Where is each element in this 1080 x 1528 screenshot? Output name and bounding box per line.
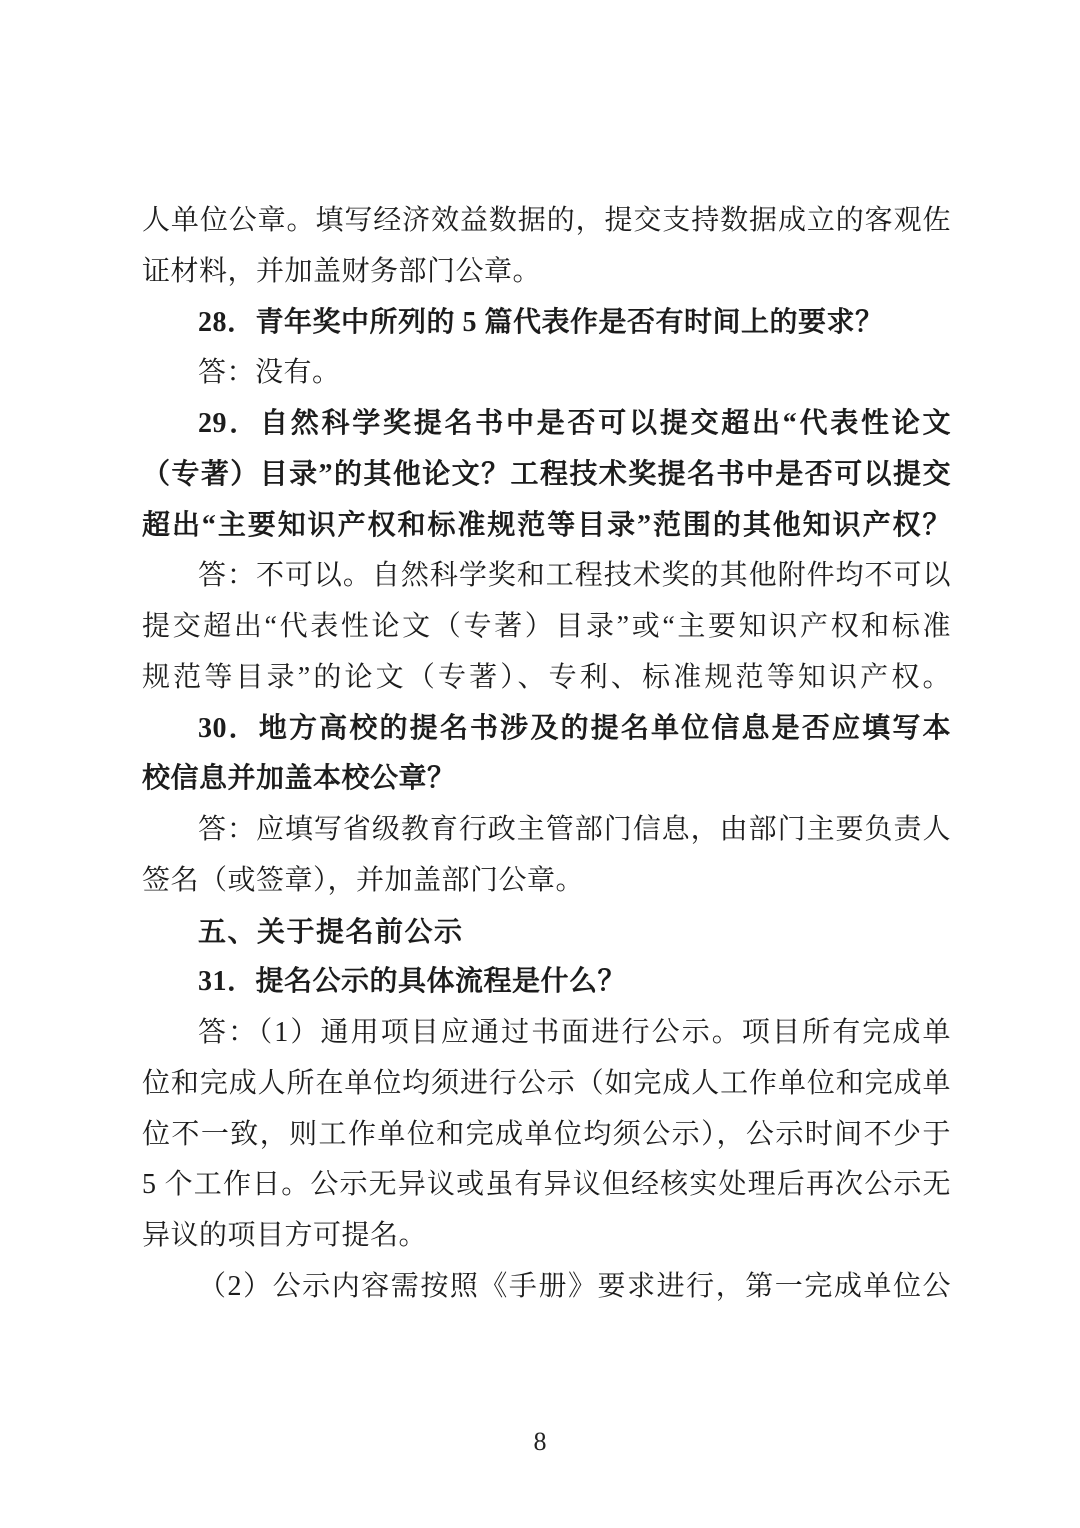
text-line: 规范等目录”的论文（专著）、专利、标准规范等知识产权。 <box>142 653 951 704</box>
text-line: 30．地方高校的提名书涉及的提名单位信息是否应填写本 <box>142 704 951 755</box>
block-section-heading: 五、关于提名前公示 <box>142 907 951 958</box>
text-line: 答：不可以。自然科学奖和工程技术奖的其他附件均不可以 <box>142 551 951 602</box>
block-answer: 答：不可以。自然科学奖和工程技术奖的其他附件均不可以提交超出“代表性论文（专著）… <box>142 551 951 703</box>
text-line: 28．青年奖中所列的 5 篇代表作是否有时间上的要求？ <box>142 298 951 349</box>
document-body: 人单位公章。填写经济效益数据的，提交支持数据成立的客观佐证材料，并加盖财务部门公… <box>142 196 951 1313</box>
text-line: 人单位公章。填写经济效益数据的，提交支持数据成立的客观佐 <box>142 196 951 247</box>
text-line: 位和完成人所在单位均须进行公示（如完成人工作单位和完成单 <box>142 1059 951 1110</box>
page-number: 8 <box>0 1422 1080 1462</box>
text-line: （专著）目录”的其他论文？工程技术奖提名书中是否可以提交 <box>142 450 951 501</box>
text-line: （2）公示内容需按照《手册》要求进行，第一完成单位公 <box>142 1262 951 1313</box>
block-paragraph: （2）公示内容需按照《手册》要求进行，第一完成单位公 <box>142 1262 951 1313</box>
block-question: 31．提名公示的具体流程是什么？ <box>142 957 951 1008</box>
block-answer: 答：应填写省级教育行政主管部门信息，由部门主要负责人签名（或签章），并加盖部门公… <box>142 805 951 907</box>
block-question: 28．青年奖中所列的 5 篇代表作是否有时间上的要求？ <box>142 298 951 349</box>
text-line: 位不一致，则工作单位和完成单位均须公示），公示时间不少于 <box>142 1110 951 1161</box>
text-line: 答：没有。 <box>142 348 951 399</box>
text-line: 超出“主要知识产权和标准规范等目录”范围的其他知识产权？ <box>142 501 951 552</box>
block-answer: 答：（1）通用项目应通过书面进行公示。项目所有完成单位和完成人所在单位均须进行公… <box>142 1008 951 1262</box>
text-line: 五、关于提名前公示 <box>142 907 951 958</box>
text-line: 31．提名公示的具体流程是什么？ <box>142 957 951 1008</box>
block-answer: 答：没有。 <box>142 348 951 399</box>
text-line: 5 个工作日。公示无异议或虽有异议但经核实处理后再次公示无 <box>142 1160 951 1211</box>
text-line: 签名（或签章），并加盖部门公章。 <box>142 856 951 907</box>
block-answer-continuation: 人单位公章。填写经济效益数据的，提交支持数据成立的客观佐证材料，并加盖财务部门公… <box>142 196 951 298</box>
text-line: 异议的项目方可提名。 <box>142 1211 951 1262</box>
text-line: 29．自然科学奖提名书中是否可以提交超出“代表性论文 <box>142 399 951 450</box>
text-line: 证材料，并加盖财务部门公章。 <box>142 247 951 298</box>
text-line: 答：（1）通用项目应通过书面进行公示。项目所有完成单 <box>142 1008 951 1059</box>
block-question: 30．地方高校的提名书涉及的提名单位信息是否应填写本校信息并加盖本校公章？ <box>142 704 951 806</box>
text-line: 校信息并加盖本校公章？ <box>142 754 951 805</box>
text-line: 答：应填写省级教育行政主管部门信息，由部门主要负责人 <box>142 805 951 856</box>
block-question: 29．自然科学奖提名书中是否可以提交超出“代表性论文（专著）目录”的其他论文？工… <box>142 399 951 551</box>
text-line: 提交超出“代表性论文（专著）目录”或“主要知识产权和标准 <box>142 602 951 653</box>
